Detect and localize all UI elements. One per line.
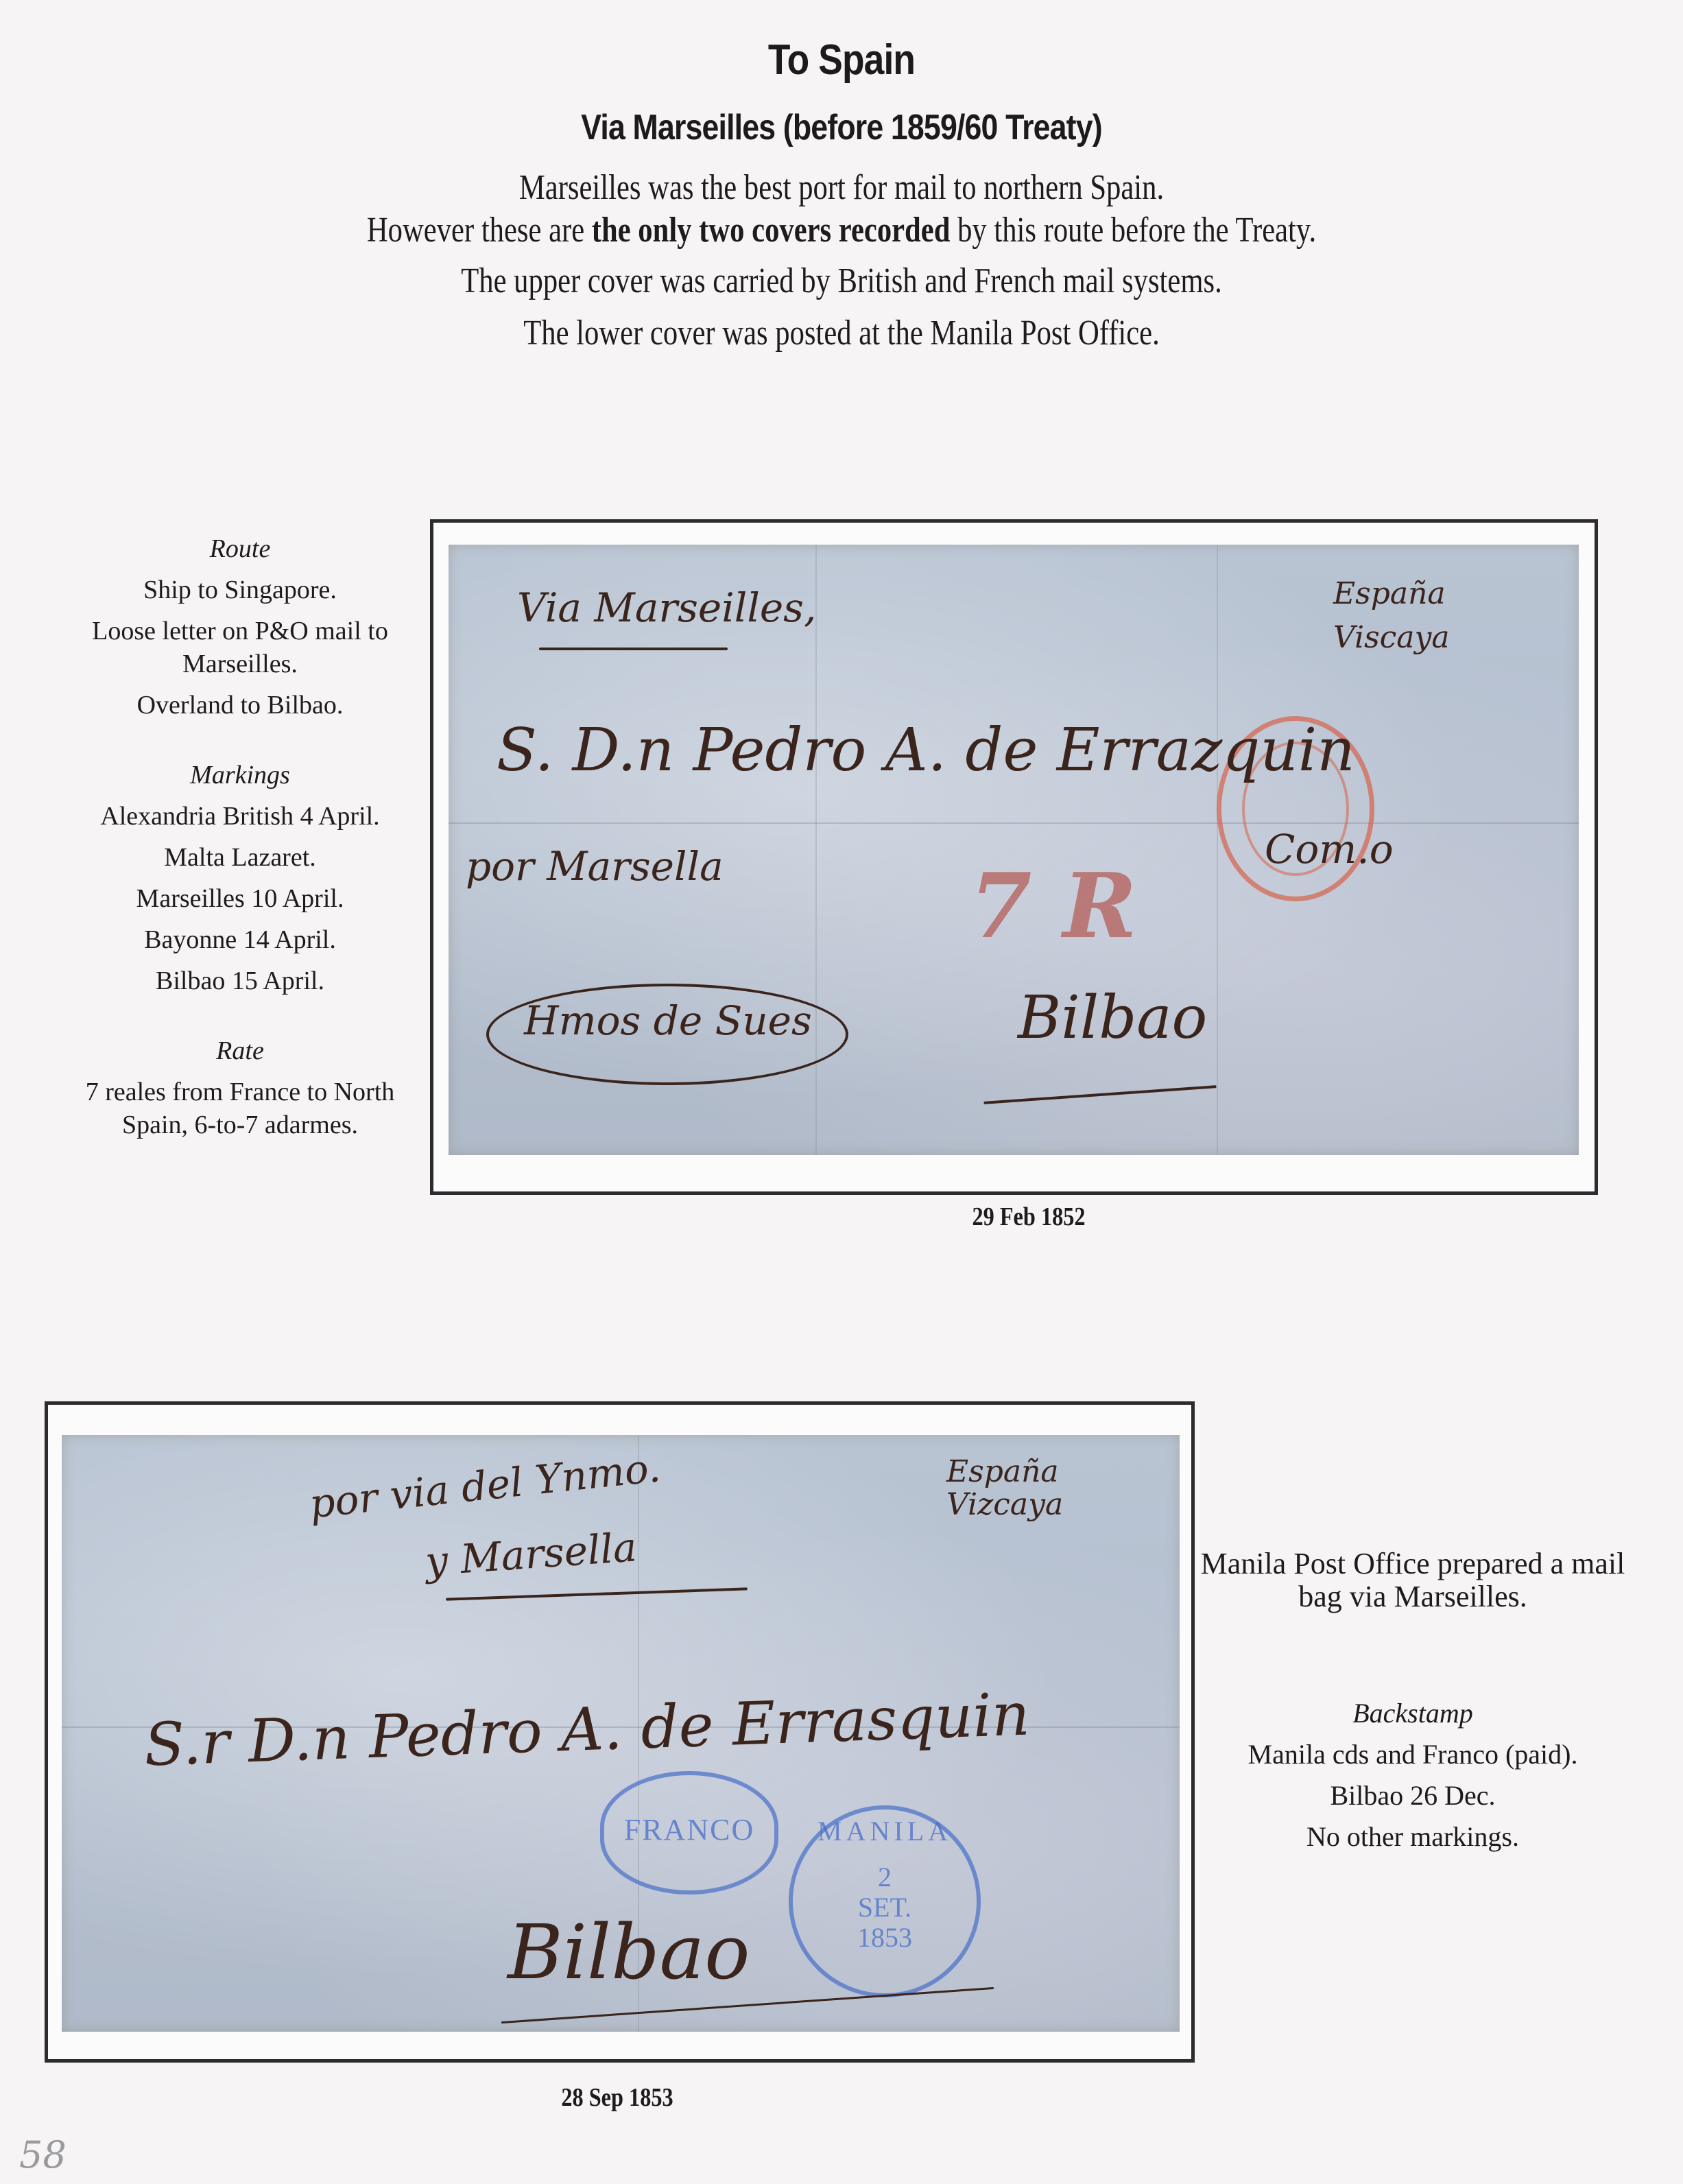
cds-month: SET.	[793, 1893, 977, 1922]
manuscript-via: por Marsella	[466, 843, 724, 890]
rate-heading: Rate	[62, 1030, 418, 1071]
page-number: 58	[19, 2133, 67, 2176]
manuscript-title: Hmos de Sues	[524, 997, 812, 1044]
backstamp-heading: Backstamp	[1193, 1693, 1632, 1734]
marking-line: Malta Lazaret.	[62, 837, 418, 878]
intro-line-2-start: However these are	[367, 211, 592, 250]
manuscript-city: Bilbao	[1018, 984, 1207, 1052]
intro-line-2: However these are the only two covers re…	[152, 210, 1531, 251]
backstamp-line: Bilbao 26 Dec.	[1193, 1775, 1632, 1816]
franco-stamp: FRANCO	[600, 1771, 778, 1895]
route-line: Overland to Bilbao.	[62, 685, 418, 726]
markings-heading: Markings	[62, 755, 418, 796]
manuscript-region: España Vizcaya	[946, 1456, 1173, 1521]
marking-line: Bayonne 14 April.	[62, 919, 418, 960]
lower-cover-frame: por via del Ynmo. y Marsella España Vizc…	[45, 1401, 1195, 2063]
manuscript-routing: Via Marseilles,	[517, 584, 816, 631]
rate-marking: 7 R	[970, 853, 1137, 958]
page-title: To Spain	[118, 36, 1565, 84]
route-heading: Route	[62, 528, 418, 569]
cds-city: MANILA	[793, 1815, 977, 1847]
intro-emphasis: the only two covers recorded	[592, 211, 951, 250]
marking-line: Marseilles 10 April.	[62, 878, 418, 919]
cds-day: 2	[793, 1863, 977, 1892]
lower-cover-image: por via del Ynmo. y Marsella España Vizc…	[62, 1435, 1180, 2032]
upper-cover-image: Via Marseilles, España Viscaya 7 R S. D.…	[449, 545, 1579, 1155]
intro-line-1: Marseilles was the best port for mail to…	[152, 167, 1531, 209]
rate-text: 7 reales from France to North Spain, 6-t…	[62, 1076, 418, 1141]
manila-datestamp: MANILA 2 SET. 1853	[789, 1805, 981, 1997]
marking-line: Alexandria British 4 April.	[62, 796, 418, 837]
route-line: Loose letter on P&O mail to Marseilles.	[62, 615, 418, 680]
manuscript-addressee: S. D.n Pedro A. de Errazquin	[497, 716, 1355, 785]
manuscript-routing-2: y Marsella	[424, 1523, 638, 1584]
intro-line-2-end: by this route before the Treaty.	[950, 211, 1316, 250]
intro-line-3: The upper cover was carried by British a…	[152, 261, 1531, 302]
lower-cover-notes: Manila Post Office prepared a mail bag v…	[1193, 1543, 1632, 1857]
manuscript-region: España Viscaya	[1333, 572, 1498, 660]
manuscript-city: Bilbao	[508, 1908, 750, 1996]
lower-cover-date: 28 Sep 1853	[501, 2082, 734, 2113]
page-subtitle: Via Marseilles (before 1859/60 Treaty)	[118, 107, 1565, 148]
lower-cover-intro: Manila Post Office prepared a mail bag v…	[1193, 1547, 1632, 1613]
manuscript-addressee: S.r D.n Pedro A. de Errasquin	[143, 1680, 1031, 1779]
intro-line-4: The lower cover was posted at the Manila…	[152, 313, 1531, 354]
marking-line: Bilbao 15 April.	[62, 960, 418, 1001]
backstamp-line: Manila cds and Franco (paid).	[1193, 1734, 1632, 1775]
upper-cover-notes: Route Ship to Singapore. Loose letter on…	[62, 528, 418, 1146]
upper-cover-frame: Via Marseilles, España Viscaya 7 R S. D.…	[430, 519, 1598, 1195]
route-line: Ship to Singapore.	[62, 569, 418, 610]
cds-year: 1853	[793, 1923, 977, 1952]
manuscript-company: Com.o	[1265, 826, 1394, 873]
manuscript-routing-1: por via del Ynmo.	[307, 1444, 663, 1527]
upper-cover-date: 29 Feb 1852	[912, 1202, 1145, 1232]
backstamp-line: No other markings.	[1193, 1816, 1632, 1857]
